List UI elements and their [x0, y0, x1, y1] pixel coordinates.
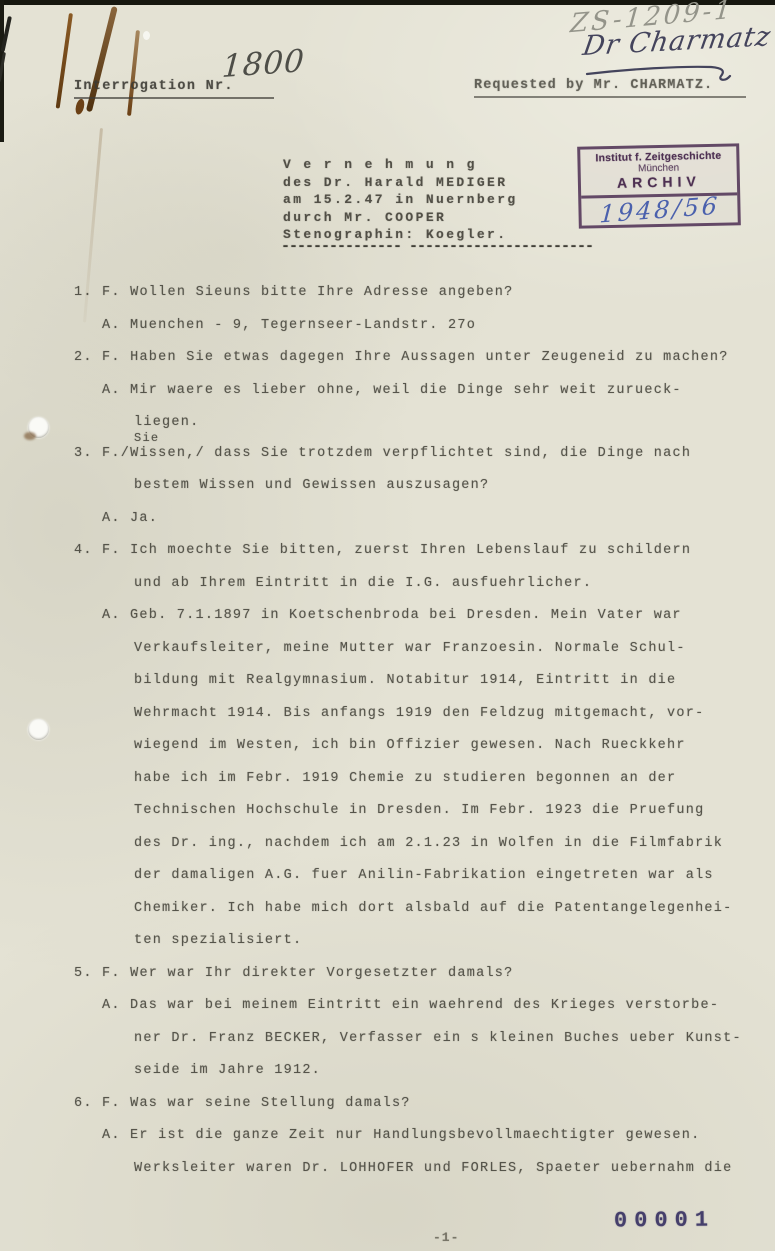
transcript-line: Verkaufsleiter, meine Mutter war Franzoe…: [0, 641, 775, 674]
transcript-line: A. Mir waere es lieber ohne, weil die Di…: [0, 383, 775, 416]
transcript-line: Wehrmacht 1914. Bis anfangs 1919 den Fel…: [0, 706, 775, 739]
stamp-archiv-line: ARCHIV: [581, 172, 737, 191]
requested-by-line: Requested by Mr. CHARMATZ.: [474, 78, 746, 98]
transcript-line: bestem Wissen und Gewissen auszusagen?: [0, 478, 775, 511]
transcript-line: 2. F. Haben Sie etwas dagegen Ihre Aussa…: [0, 350, 775, 383]
transcript-line: A. Muenchen - 9, Tegernseer-Landstr. 27o: [0, 318, 775, 351]
paper-speck: [143, 31, 150, 40]
title-block: V e r n e h m u n g des Dr. Harald MEDIG…: [283, 156, 518, 244]
transcript-line: Chemiker. Ich habe mich dort alsbald auf…: [0, 901, 775, 934]
rust-stain: [56, 13, 73, 109]
transcript-line: seide im Jahre 1912.: [0, 1063, 775, 1096]
rust-stain: [127, 30, 140, 116]
transcript-line: 5. F. Wer war Ihr direkter Vorgesetzter …: [0, 966, 775, 999]
title-line-vernehmung: V e r n e h m u n g: [283, 156, 518, 174]
transcript-line: wiegend im Westen, ich bin Offizier gewe…: [0, 738, 775, 771]
transcript-line: ner Dr. Franz BECKER, Verfasser ein s kl…: [0, 1031, 775, 1064]
interrogation-number-field: Interrogation Nr. 1800: [74, 76, 274, 99]
handwritten-interrogation-number: 1800: [221, 43, 306, 85]
title-line-date-place: am 15.2.47 in Nuernberg: [283, 191, 518, 209]
transcript-line: der damaligen A.G. fuer Anilin-Fabrikati…: [0, 868, 775, 901]
transcript: 1. F. Wollen Sieuns bitte Ihre Adresse a…: [0, 285, 775, 1193]
transcript-line: 1. F. Wollen Sieuns bitte Ihre Adresse a…: [0, 285, 775, 318]
transcript-line: A. Ja.: [0, 511, 775, 544]
title-separator-dashes: --------------- -----------------------: [281, 238, 593, 255]
transcript-line: habe ich im Febr. 1919 Chemie zu studier…: [0, 771, 775, 804]
typed-insertion-line: Sie: [0, 432, 775, 446]
archive-stamp: Institut f. Zeitgeschichte München ARCHI…: [577, 143, 741, 228]
rust-stain: [74, 98, 86, 115]
transcript-line: A. Das war bei meinem Eintritt ein waehr…: [0, 998, 775, 1031]
transcript-line: Technischen Hochschule in Dresden. Im Fe…: [0, 803, 775, 836]
transcript-line: des Dr. ing., nachdem ich am 2.1.23 in W…: [0, 836, 775, 869]
transcript-line: ten spezialisiert.: [0, 933, 775, 966]
document-page: ZS-1209-1 Dr Charmatz Interrogation Nr. …: [0, 0, 775, 1251]
archive-stamp-text: Institut f. Zeitgeschichte München ARCHI…: [580, 146, 737, 198]
transcript-line: 3. F./Wissen,/ dass Sie trotzdem verpfli…: [0, 446, 775, 479]
title-line-interrogator: durch Mr. COOPER: [283, 209, 518, 227]
transcript-line: bildung mit Realgymnasium. Notabitur 191…: [0, 673, 775, 706]
transcript-line: A. Geb. 7.1.1897 in Koetschenbroda bei D…: [0, 608, 775, 641]
transcript-line: Werksleiter waren Dr. LOHHOFER und FORLE…: [0, 1161, 775, 1194]
serial-number-stamp: 00001: [614, 1208, 715, 1234]
interrogation-label: Interrogation Nr.: [74, 79, 234, 94]
title-line-name: des Dr. Harald MEDIGER: [283, 174, 518, 192]
transcript-line: 4. F. Ich moechte Sie bitten, zuerst Ihr…: [0, 543, 775, 576]
transcript-line: A. Er ist die ganze Zeit nur Handlungsbe…: [0, 1128, 775, 1161]
page-number: -1-: [433, 1230, 459, 1245]
transcript-line: 6. F. Was war seine Stellung damals?: [0, 1096, 775, 1129]
transcript-line: und ab Ihrem Eintritt in die I.G. ausfue…: [0, 576, 775, 609]
